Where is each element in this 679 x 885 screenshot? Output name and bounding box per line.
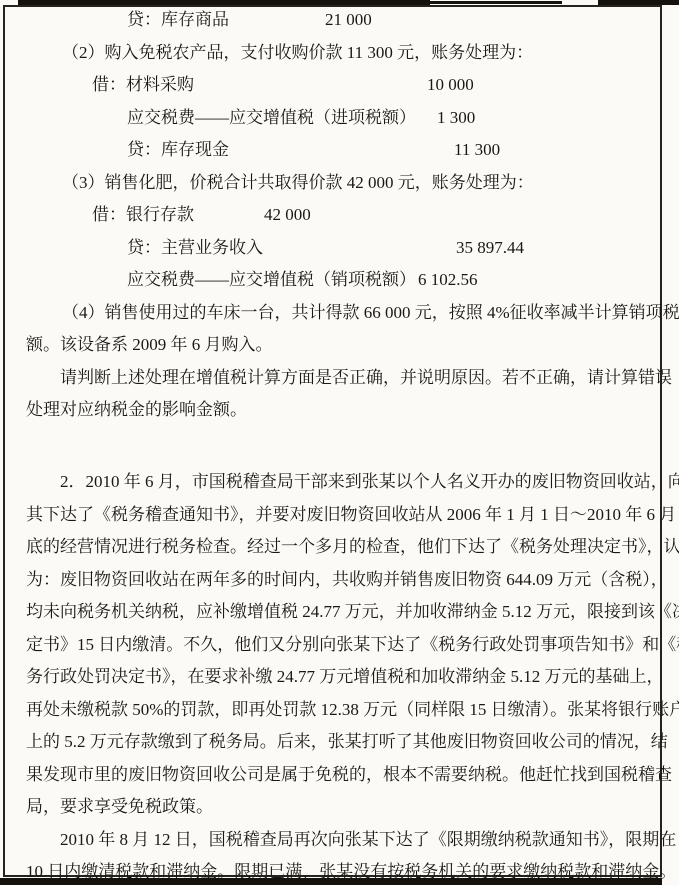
- paragraph-line: 务行政处罚决定书》，在要求补缴 24.77 万元增值税和加收滞纳金 5.12 万…: [26, 661, 660, 694]
- case-study-paragraph: 2．2010 年 6 月，市国税稽查局干部来到张某以个人名义开办的废旧物资回收站…: [26, 466, 660, 885]
- journal-entry-line: 借：银行存款 42 000: [26, 199, 658, 232]
- journal-entry-line: 应交税费——应交增值税（进项税额） 1 300: [26, 102, 658, 135]
- paragraph-line: 均未向税务机关纳税，应补缴增值税 24.77 万元，并加收滞纳金 5.12 万元…: [26, 596, 660, 629]
- paragraph-line: 上的 5.2 万元存款缴到了税务局。后来，张某打听了其他废旧物资回收公司的情况，…: [26, 726, 660, 759]
- entry-amount: 21 000: [325, 4, 372, 37]
- journal-entry-line: 贷：库存商品 21 000: [26, 4, 658, 37]
- entry-account-label: 应交税费——应交增值税（进项税额）: [127, 108, 416, 127]
- journal-entry-line: 借：材料采购 10 000: [26, 69, 658, 102]
- entry-account-label: 应交税费——应交增值税（销项税额）: [127, 270, 416, 289]
- entry-amount: 11 300: [454, 134, 500, 167]
- paragraph-line: （2）购入免税农产品，支付收购价款 11 300 元，账务处理为：: [26, 37, 658, 70]
- scanned-document-page: 贷：库存商品 21 000 （2）购入免税农产品，支付收购价款 11 300 元…: [0, 0, 679, 885]
- paragraph-line: （4）销售使用过的车床一台，共计得款 66 000 元，按照 4%征收率减半计算…: [26, 297, 658, 330]
- paragraph-line: 定书》15 日内缴清。不久，他们又分别向张某下达了《税务行政处罚事项告知书》和《…: [26, 629, 660, 662]
- paragraph-line: 果发现市里的废旧物资回收公司是属于免税的，根本不需要纳税。他赶忙找到国税稽查: [26, 759, 660, 792]
- entry-amount: 6 102.56: [418, 264, 478, 297]
- paragraph-line: 2010 年 8 月 12 日，国税稽查局再次向张某下达了《限期缴纳税款通知书》…: [26, 824, 660, 857]
- entry-account-label: 贷：库存现金: [127, 140, 229, 159]
- paragraph-line: 2．2010 年 6 月，市国税稽查局干部来到张某以个人名义开办的废旧物资回收站…: [26, 466, 660, 499]
- entry-account-label: 借：银行存款: [92, 205, 194, 224]
- paragraph-line: 额。该设备系 2009 年 6 月购入。: [26, 329, 658, 362]
- paragraph-line: （3）销售化肥，价税合计共取得价款 42 000 元，账务处理为：: [26, 167, 658, 200]
- journal-entry-line: 应交税费——应交增值税（销项税额） 6 102.56: [26, 264, 658, 297]
- entry-account-label: 借：材料采购: [92, 75, 194, 94]
- scan-artifact-bottom: [0, 878, 662, 885]
- paragraph-line: 局，要求享受免税政策。: [26, 791, 660, 824]
- entry-amount: 35 897.44: [456, 232, 524, 265]
- journal-entries-block: 贷：库存商品 21 000 （2）购入免税农产品，支付收购价款 11 300 元…: [26, 4, 658, 427]
- journal-entry-line: 贷：主营业务收入 35 897.44: [26, 232, 658, 265]
- entry-amount: 1 300: [437, 102, 475, 135]
- paragraph-line: 再处未缴税款 50%的罚款，即再处罚款 12.38 万元（同样限 15 日缴清）…: [26, 694, 660, 727]
- paragraph-line: 为：废旧物资回收站在两年多的时间内，共收购并销售废旧物资 644.09 万元（含…: [26, 564, 660, 597]
- entry-account-label: 贷：主营业务收入: [127, 238, 263, 257]
- journal-entry-line: 贷：库存现金 11 300: [26, 134, 658, 167]
- paragraph-line: 底的经营情况进行税务检查。经过一个多月的检查，他们下达了《税务处理决定书》，认: [26, 531, 660, 564]
- entry-amount: 42 000: [264, 199, 311, 232]
- entry-amount: 10 000: [427, 69, 474, 102]
- paragraph-line: 请判断上述处理在增值税计算方面是否正确，并说明原因。若不正确，请计算错误: [26, 362, 658, 395]
- paragraph-line: 其下达了《税务稽查通知书》，并要对废旧物资回收站从 2006 年 1 月 1 日…: [26, 499, 660, 532]
- entry-account-label: 贷：库存商品: [127, 10, 229, 29]
- paragraph-line: 处理对应纳税金的影响金额。: [26, 394, 658, 427]
